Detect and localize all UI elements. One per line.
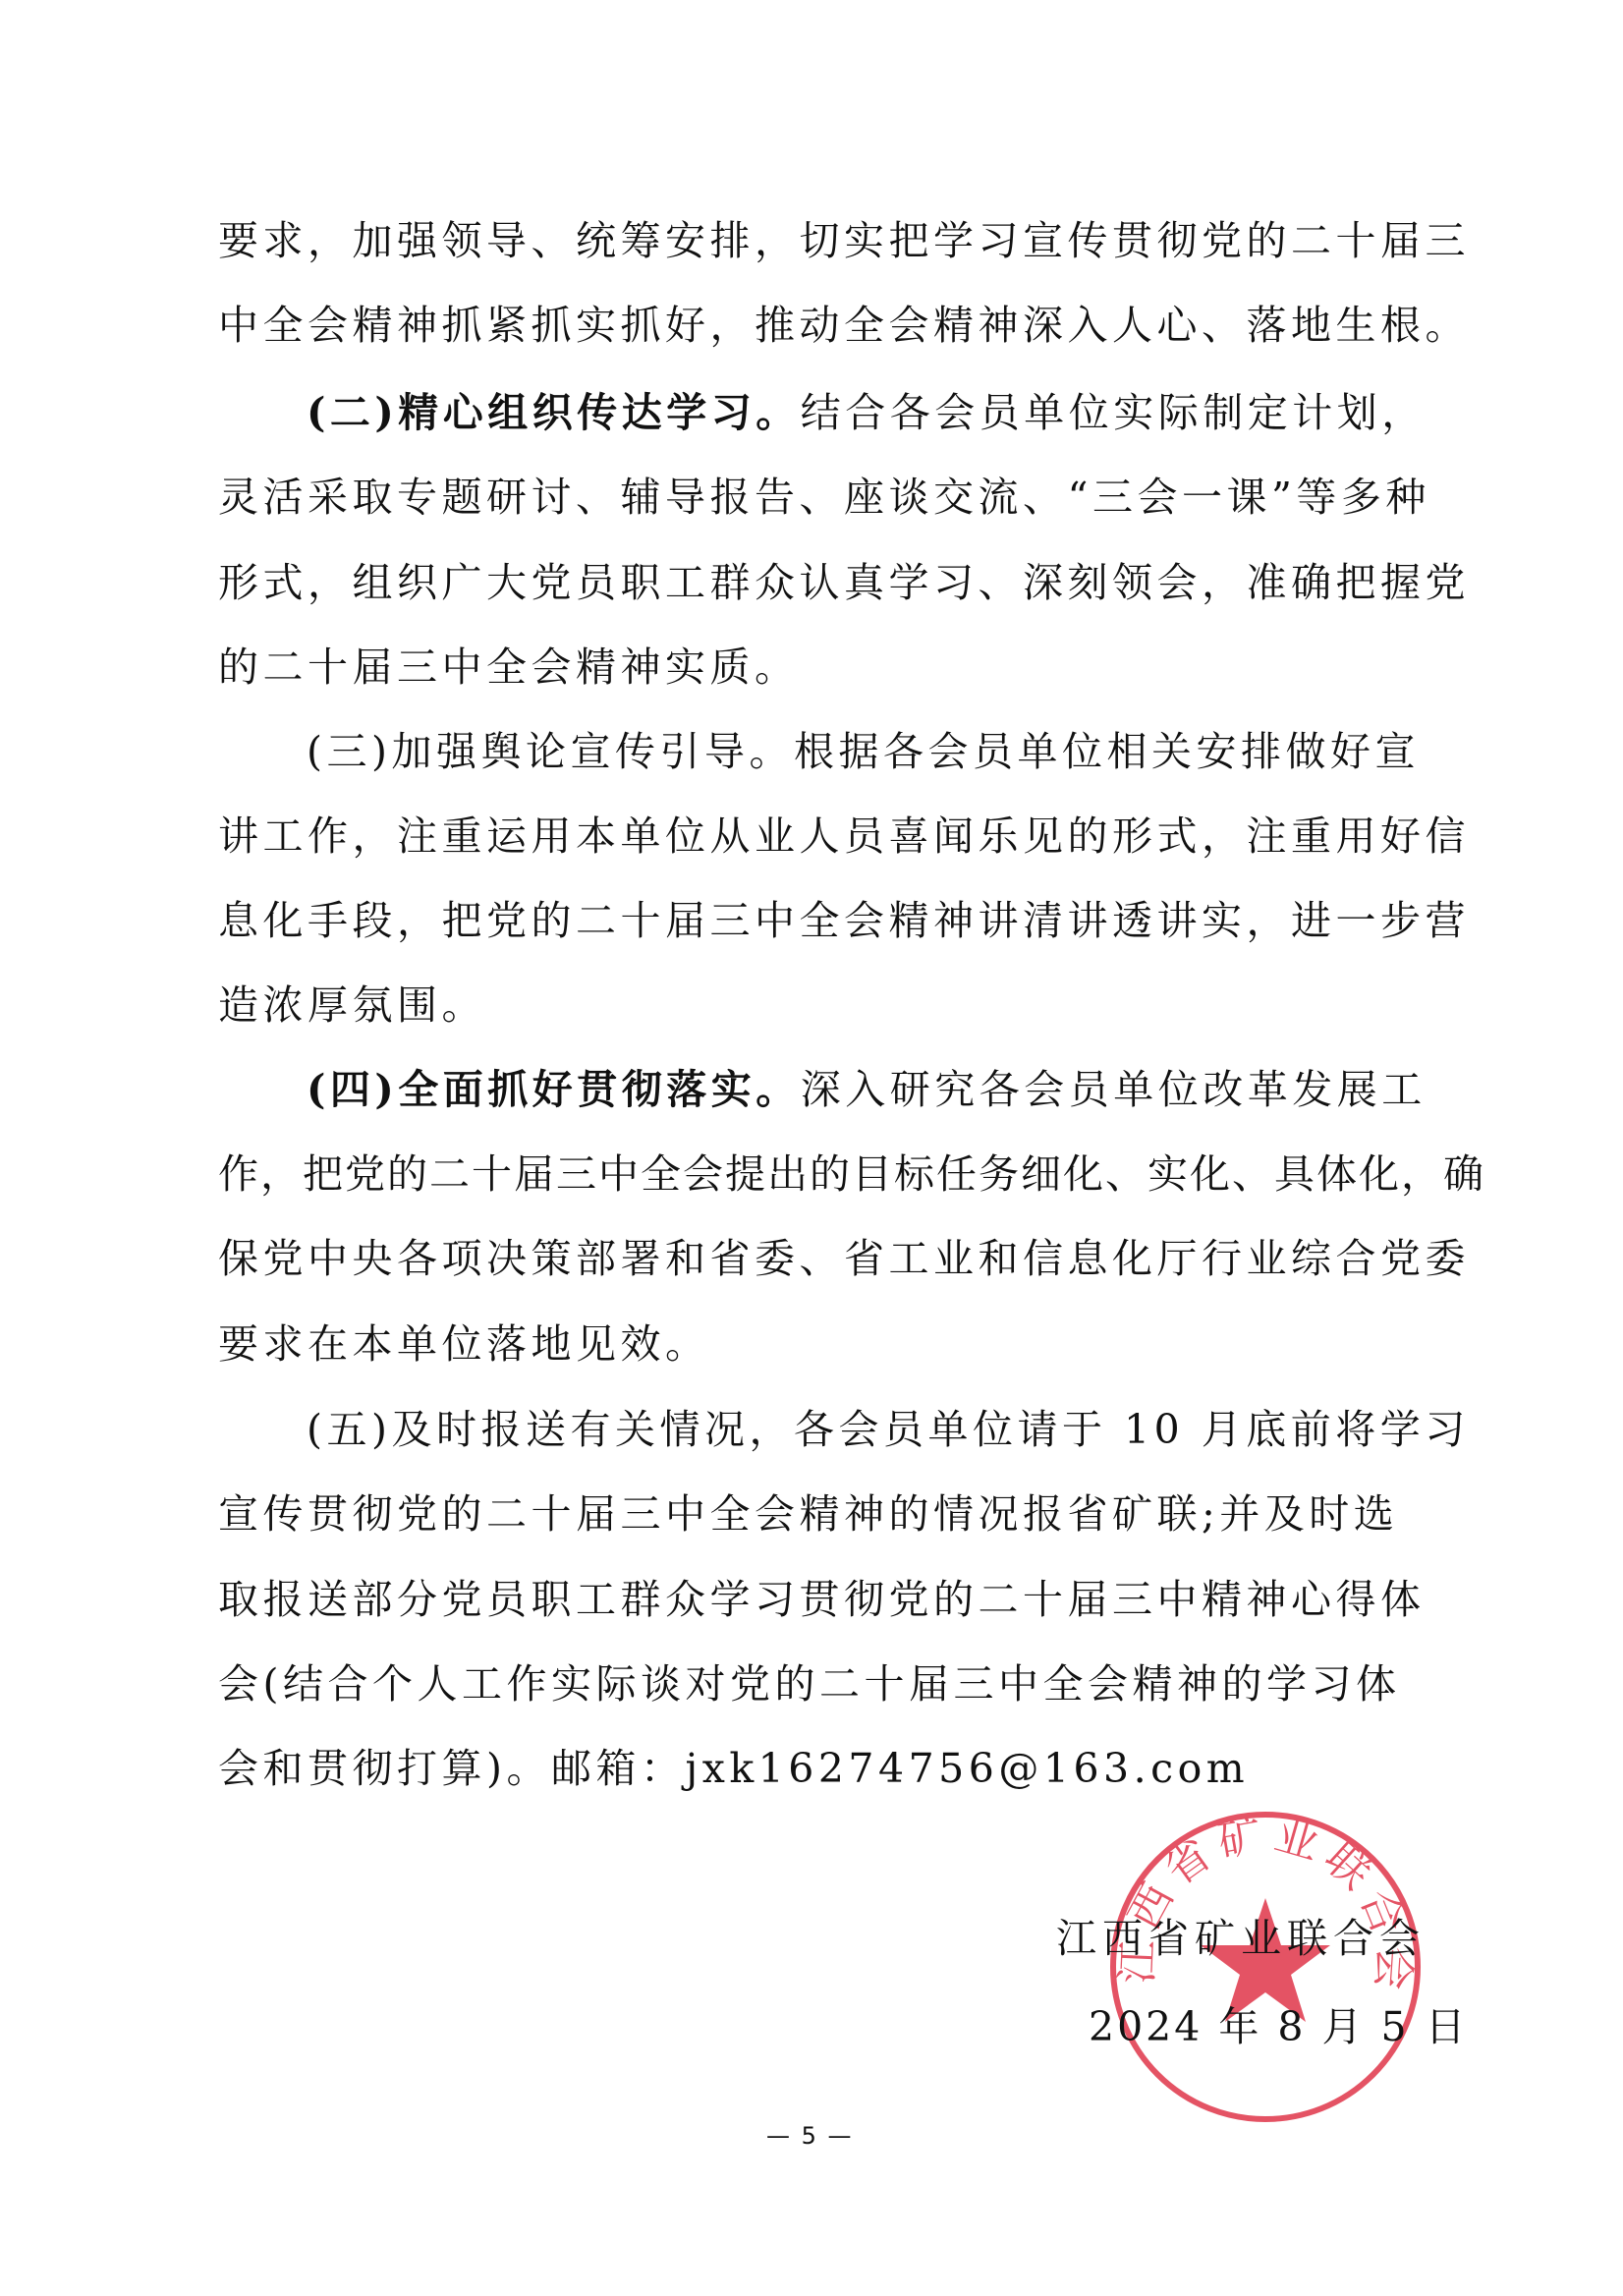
section-3-heading: (三)加强舆论宣传引导。 [307, 728, 794, 775]
body-line: 息化手段，把党的二十届三中全会精神讲清讲透讲实，进一步营 [218, 896, 1417, 945]
body-line: 保党中央各项决策部署和省委、省工业和信息化厅行业综合党委 [218, 1234, 1417, 1283]
section-3-first-line: (三)加强舆论宣传引导。根据各会员单位相关安排做好宣 [307, 727, 1505, 776]
email-line: 会和贯彻打算)。邮箱：jxk16274756@163.com [218, 1744, 1417, 1793]
body-line: 中全会精神抓紧抓实抓好，推动全会精神深入人心、落地生根。 [218, 301, 1417, 350]
section-2-first-line: (二)精心组织传达学习。结合各会员单位实际制定计划， [307, 388, 1505, 437]
section-5-first-line: (五)及时报送有关情况，各会员单位请于 10 月底前将学习 [307, 1405, 1505, 1454]
section-2-text: 结合各会员单位实际制定计划， [801, 389, 1427, 436]
section-3-text: 根据各会员单位相关安排做好宣 [794, 728, 1420, 775]
body-line: 形式，组织广大党员职工群众认真学习、深刻领会，准确把握党 [218, 558, 1417, 607]
body-line: 的二十届三中全会精神实质。 [218, 643, 1417, 692]
section-4-text: 深入研究各会员单位改革发展工 [801, 1066, 1427, 1113]
signature-organization: 江西省矿业联合会 [1056, 1906, 1426, 1964]
body-line: 灵活采取专题研讨、辅导报告、座谈交流、“三会一课”等多种 [218, 473, 1417, 522]
body-line: 作，把党的二十届三中全会提出的目标任务细化、实化、具体化，确 [218, 1149, 1417, 1199]
body-line: 要求，加强领导、统筹安排，切实把学习宣传贯彻党的二十届三 [218, 216, 1417, 265]
document-page: 要求，加强领导、统筹安排，切实把学习宣传贯彻党的二十届三 中全会精神抓紧抓实抓好… [0, 0, 1623, 2296]
section-5-heading: (五)及时报送有关情况， [307, 1406, 794, 1453]
signature-date: 2024 年 8 月 5 日 [1089, 1994, 1469, 2052]
section-4-first-line: (四)全面抓好贯彻落实。深入研究各会员单位改革发展工 [307, 1065, 1505, 1114]
body-line: 取报送部分党员职工群众学习贯彻党的二十届三中精神心得体 [218, 1575, 1417, 1624]
section-5-text: 各会员单位请于 10 月底前将学习 [794, 1406, 1470, 1453]
page-number: — 5 — [766, 2122, 854, 2150]
official-seal-icon: 江西省矿业联合会 [1098, 1800, 1432, 2134]
body-line: 讲工作，注重运用本单位从业人员喜闻乐见的形式，注重用好信 [218, 812, 1417, 861]
section-4-heading: (四)全面抓好贯彻落实。 [307, 1066, 801, 1113]
body-line: 要求在本单位落地见效。 [218, 1319, 1417, 1369]
section-2-heading: (二)精心组织传达学习。 [307, 389, 801, 436]
body-line: 会(结合个人工作实际谈对党的二十届三中全会精神的学习体 [218, 1659, 1417, 1708]
body-line: 宣传贯彻党的二十届三中全会精神的情况报省矿联;并及时选 [218, 1489, 1417, 1539]
body-line: 造浓厚氛围。 [218, 980, 1417, 1030]
